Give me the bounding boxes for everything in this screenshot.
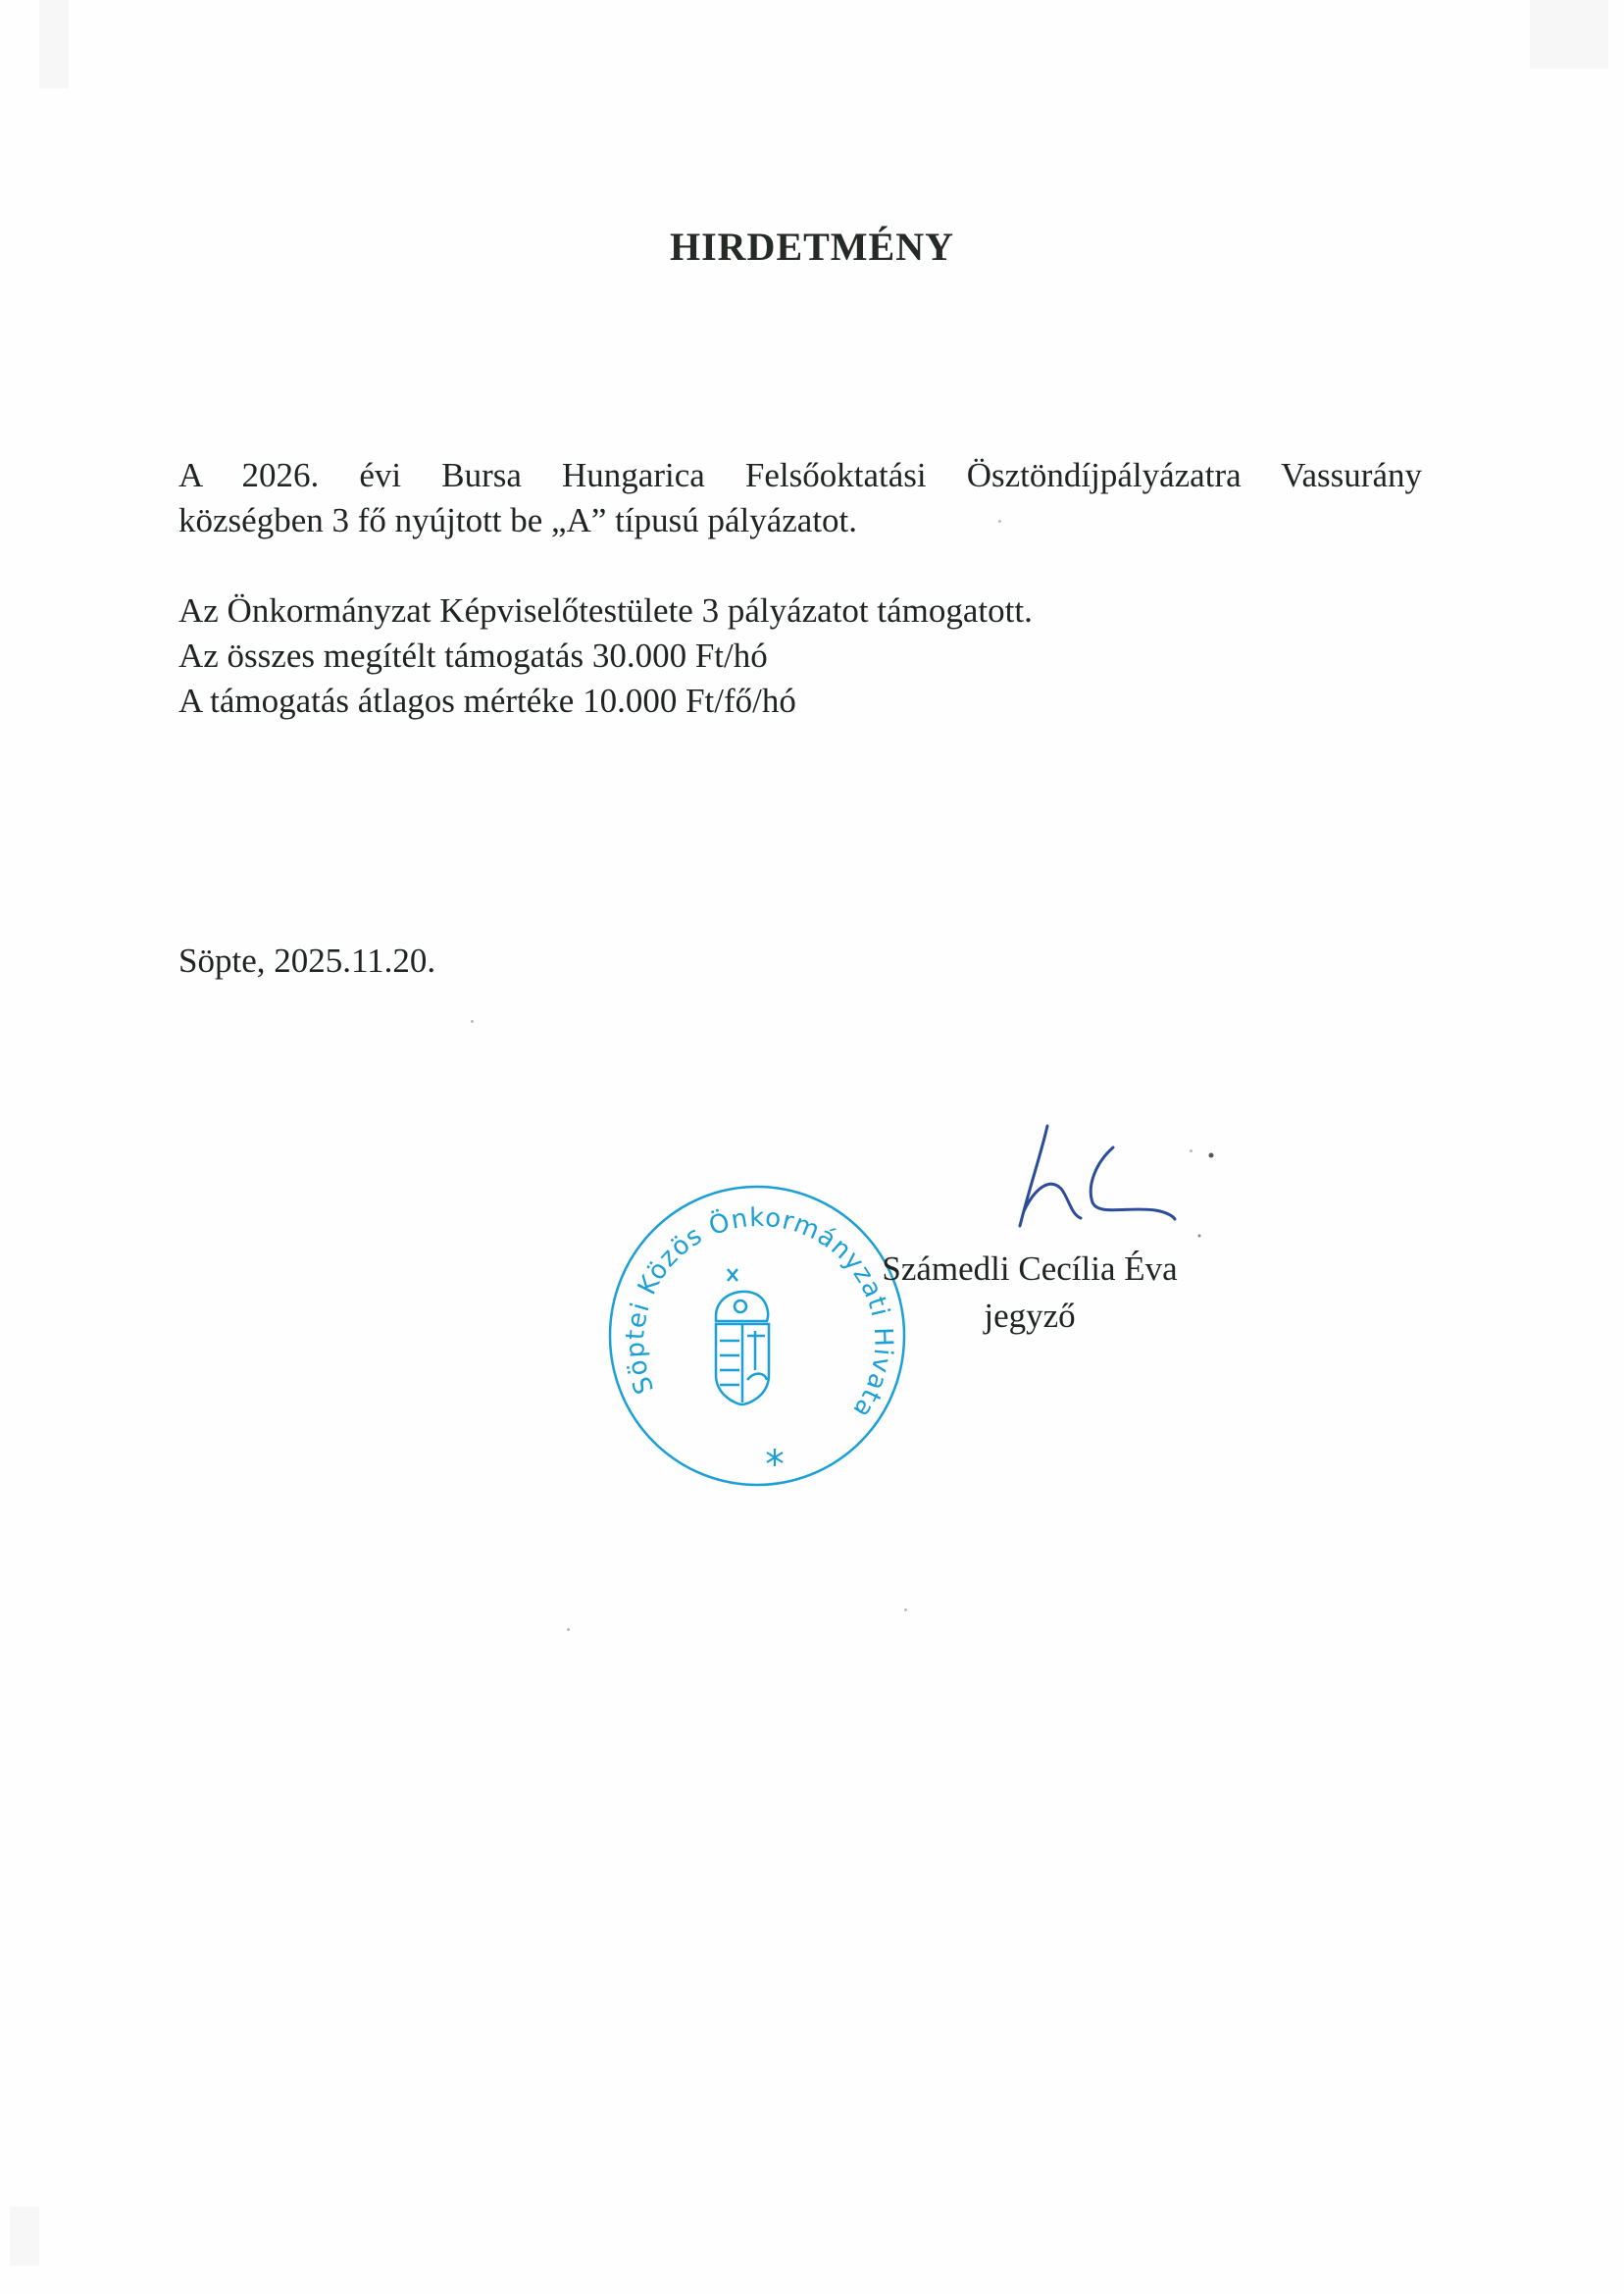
scan-artifact — [10, 2207, 39, 2266]
signature-block: Számedli Cecília Éva jegyző — [853, 1246, 1206, 1340]
scan-artifact — [39, 0, 69, 88]
scan-speck — [998, 520, 1001, 523]
paragraph-applications: A 2026. évi Bursa Hungarica Felsőoktatás… — [178, 453, 1422, 543]
signatory-role: jegyző — [853, 1293, 1206, 1340]
scan-speck — [471, 1020, 474, 1023]
paragraph-line: községben 3 fő nyújtott be „A” típusú pá… — [178, 498, 1422, 543]
document-title: HIRDETMÉNY — [0, 224, 1624, 270]
paragraph-line: A támogatás átlagos mértéke 10.000 Ft/fő… — [178, 679, 1422, 724]
scan-speck — [567, 1628, 570, 1631]
paragraph-support: Az Önkormányzat Képviselőtestülete 3 pál… — [178, 588, 1422, 724]
scanned-page: HIRDETMÉNY A 2026. évi Bursa Hungarica F… — [0, 0, 1624, 2294]
star-icon — [767, 1449, 783, 1466]
paragraph-line: A 2026. évi Bursa Hungarica Felsőoktatás… — [178, 453, 1422, 498]
paragraph-line: Az összes megítélt támogatás 30.000 Ft/h… — [178, 634, 1422, 679]
signatory-name: Számedli Cecília Éva — [853, 1246, 1206, 1293]
paragraph-line: Az Önkormányzat Képviselőtestülete 3 pál… — [178, 588, 1422, 634]
handwritten-signature-icon — [990, 1108, 1226, 1246]
scan-artifact — [1530, 0, 1608, 69]
scan-speck — [904, 1608, 907, 1611]
place-and-date: Söpte, 2025.11.20. — [178, 942, 435, 981]
hungarian-coat-of-arms-icon — [716, 1269, 769, 1404]
